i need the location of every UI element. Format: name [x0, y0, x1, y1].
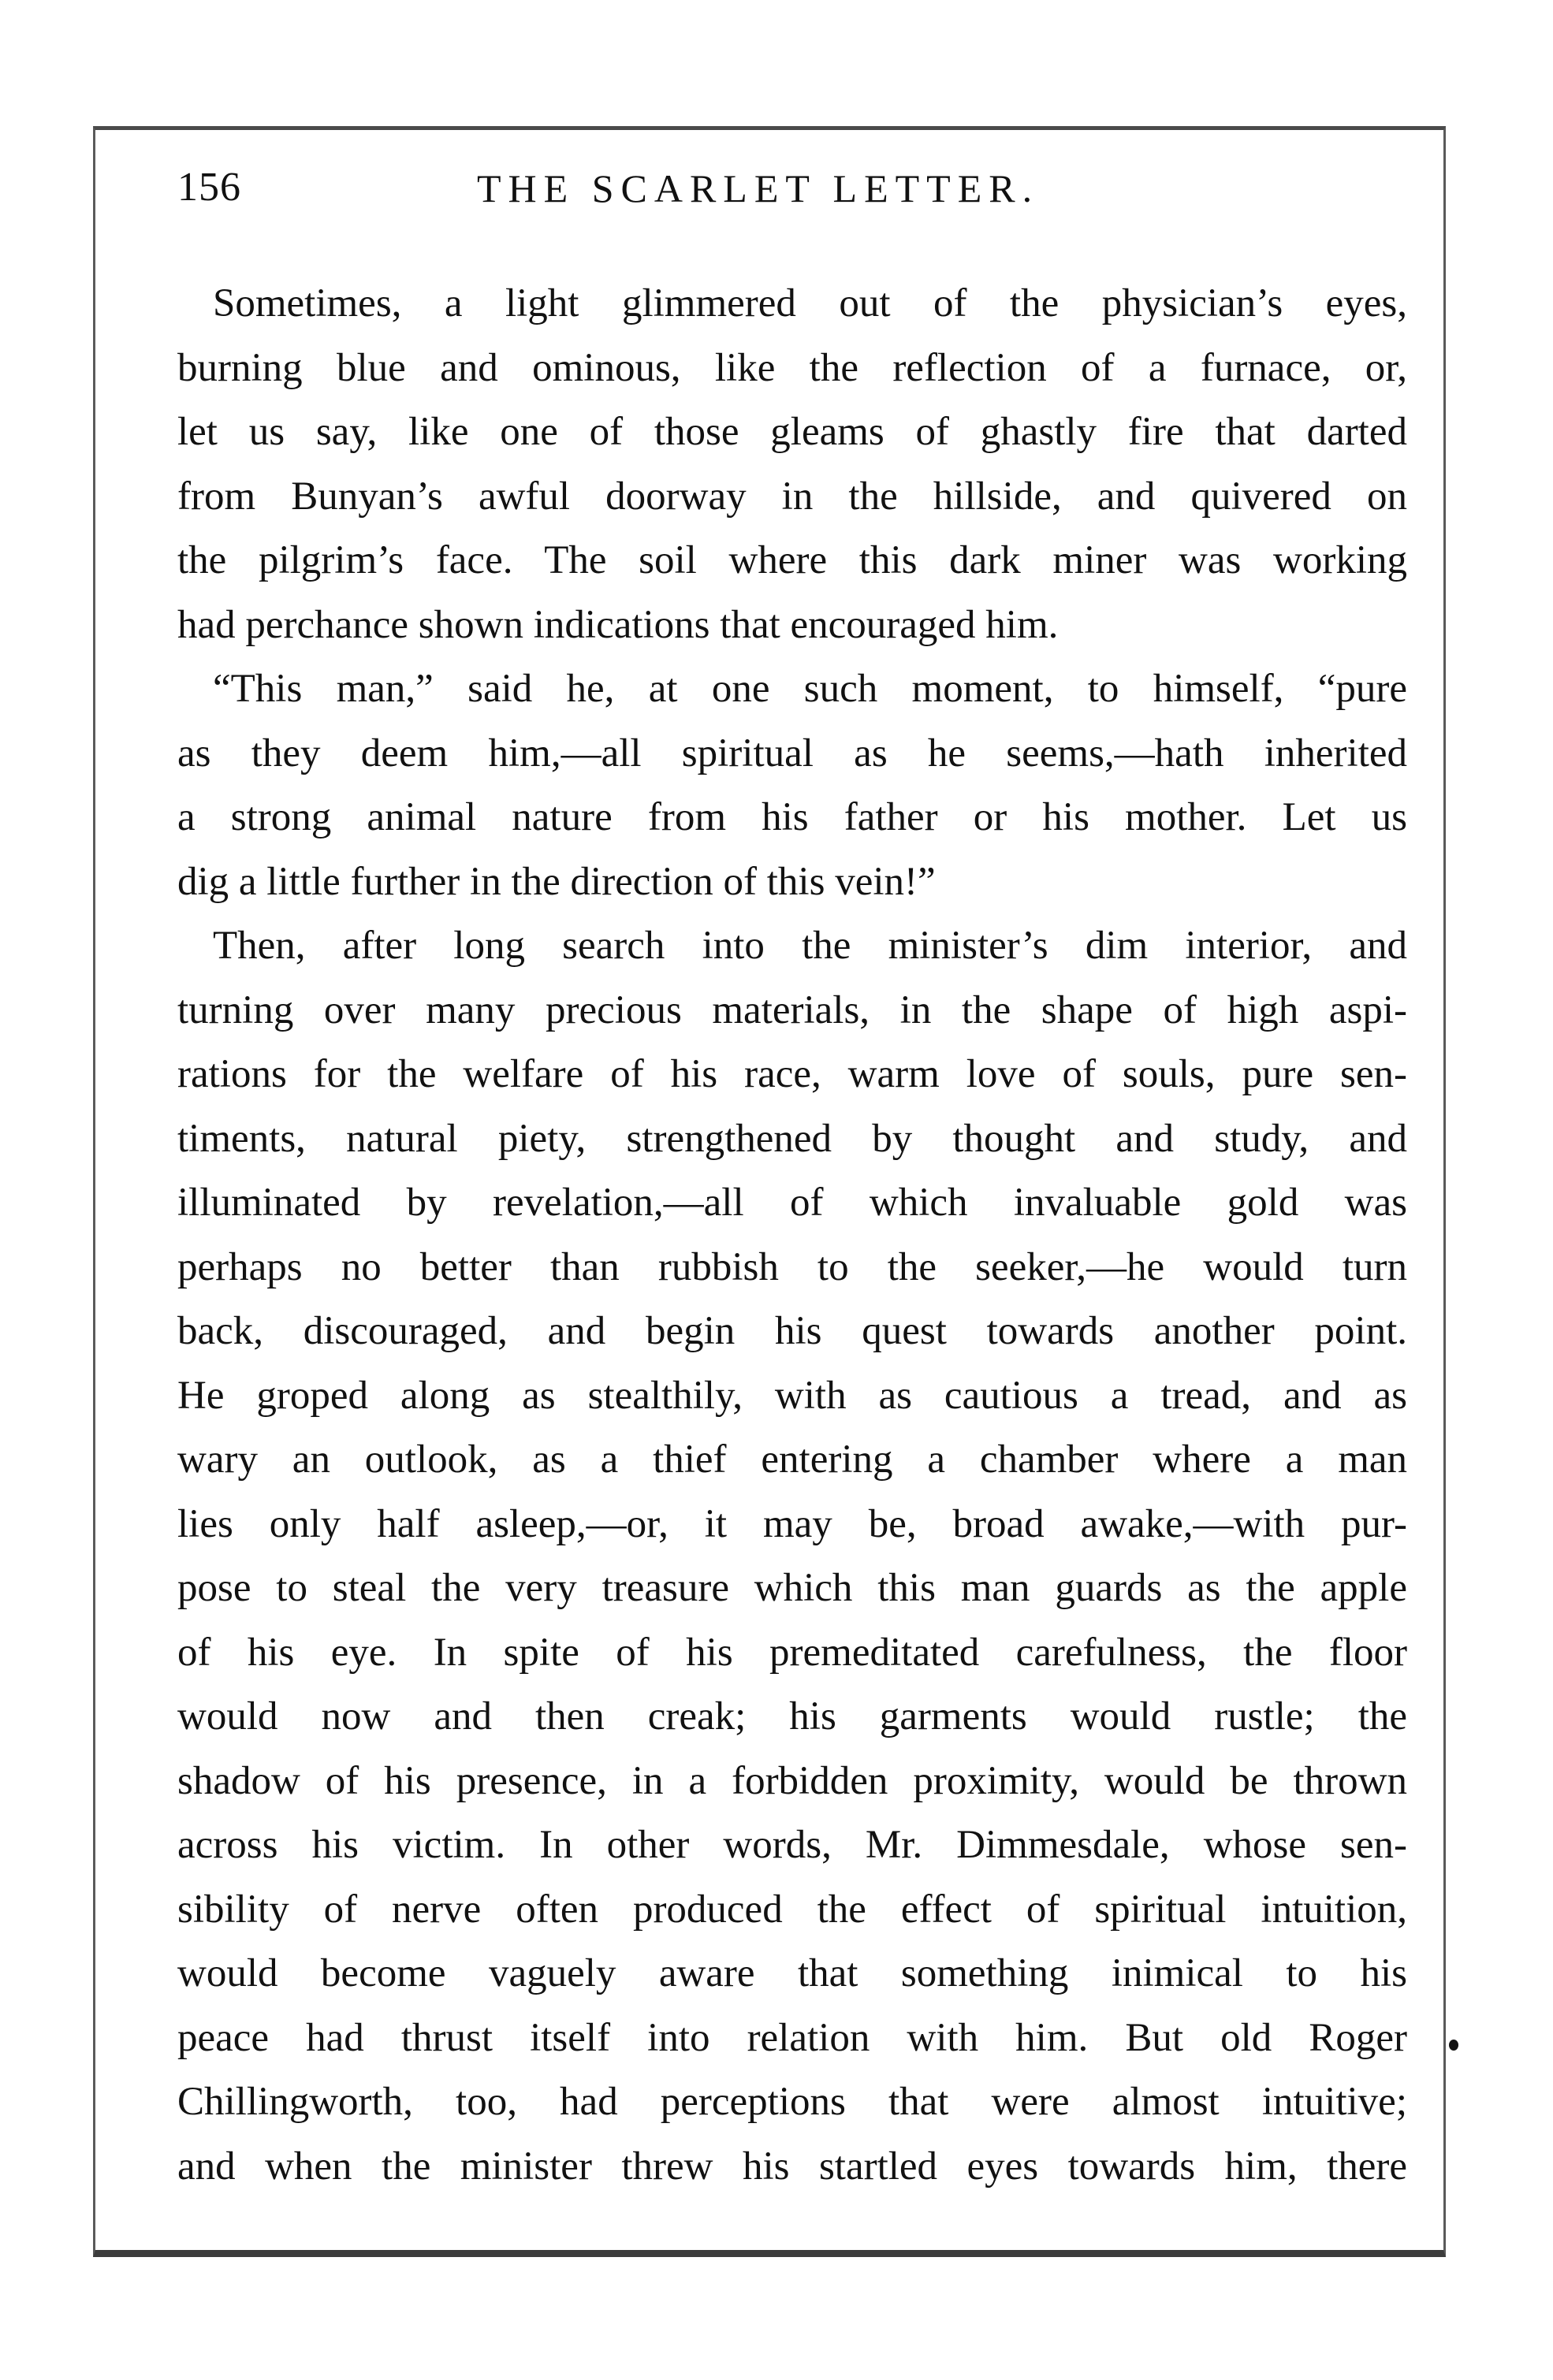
text-line: sibility of nerve often produced the eff… — [177, 1878, 1407, 1943]
text-line: Sometimes, a light glimmered out of the … — [177, 272, 1407, 337]
text-line: rations for the welfare of his race, war… — [177, 1043, 1407, 1107]
text-line: burning blue and ominous, like the refle… — [177, 337, 1407, 401]
text-line: from Bunyan’s awful doorway in the hills… — [177, 465, 1407, 530]
text-line: wary an outlook, as a thief entering a c… — [177, 1428, 1407, 1493]
text-line: had perchance shown indications that enc… — [177, 593, 1407, 658]
text-line: He groped along as stealthily, with as c… — [177, 1364, 1407, 1429]
text-line: Then, after long search into the ministe… — [177, 914, 1407, 979]
text-line: back, discouraged, and begin his quest t… — [177, 1300, 1407, 1364]
text-line: “This man,” said he, at one such moment,… — [177, 657, 1407, 722]
text-line: and when the minister threw his startled… — [177, 2135, 1407, 2200]
text-line: timents, natural piety, strengthened by … — [177, 1107, 1407, 1172]
body-text: Sometimes, a light glimmered out of the … — [177, 272, 1407, 2199]
text-line: peace had thrust itself into relation wi… — [177, 2006, 1407, 2071]
text-line: of his eye. In spite of his premeditated… — [177, 1621, 1407, 1686]
page-number: 156 — [177, 164, 241, 210]
text-line: dig a little further in the direction of… — [177, 850, 1407, 915]
text-line: across his victim. In other words, Mr. D… — [177, 1813, 1407, 1878]
text-line: as they deem him,—all spiritual as he se… — [177, 722, 1407, 787]
text-line: would become vaguely aware that somethin… — [177, 1942, 1407, 2006]
text-line: pose to steal the very treasure which th… — [177, 1556, 1407, 1621]
text-line: shadow of his presence, in a forbidden p… — [177, 1750, 1407, 1814]
text-line: a strong animal nature from his father o… — [177, 786, 1407, 850]
text-line: perhaps no better than rubbish to the se… — [177, 1236, 1407, 1300]
text-line: lies only half asleep,—or, it may be, br… — [177, 1493, 1407, 1557]
text-line: illuminated by revelation,—all of which … — [177, 1171, 1407, 1236]
text-line: the pilgrim’s face. The soil where this … — [177, 529, 1407, 593]
running-title: THE SCARLET LETTER. — [477, 165, 1039, 211]
text-line: would now and then creak; his garments w… — [177, 1685, 1407, 1750]
text-line: turning over many precious materials, in… — [177, 979, 1407, 1043]
text-line: let us say, like one of those gleams of … — [177, 400, 1407, 465]
text-line: Chillingworth, too, had perceptions that… — [177, 2070, 1407, 2135]
margin-dot-mark — [1449, 2040, 1458, 2051]
running-header: 156 THE SCARLET LETTER. — [177, 164, 1407, 227]
